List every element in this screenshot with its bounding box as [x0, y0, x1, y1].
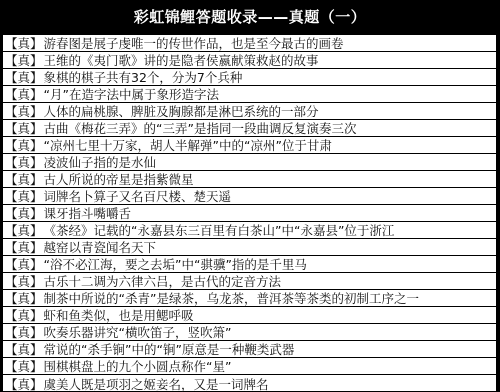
tag-label: 【真】	[5, 154, 43, 171]
tag-label: 【真】	[5, 86, 43, 103]
tag-label: 【真】	[5, 171, 43, 188]
table-row: 【真】古乐十二调为六律六吕，是古代的定音方法	[3, 273, 496, 290]
row-text: “浴不必江海，要之去垢”中“骐骥”指的是千里马	[44, 256, 307, 273]
table-row: 【真】游春图是展子虔唯一的传世作品，也是至今最古的画卷	[3, 35, 496, 52]
table-row: 【真】制茶中所说的“杀青”是绿茶，乌龙茶，普洱茶等茶类的初制工序之一	[3, 290, 496, 307]
row-text: 制茶中所说的“杀青”是绿茶，乌龙茶，普洱茶等茶类的初制工序之一	[44, 290, 419, 307]
page-title: 彩虹锦鲤答题收录——真题（一）	[0, 0, 500, 34]
row-text: 王维的《夷门歌》讲的是隐者侯嬴献策救赵的故事	[44, 52, 319, 69]
table-row: 【真】围棋棋盘上的九个小圆点称作“星”	[3, 358, 496, 375]
row-text: 古人所说的帝星是指紫微星	[44, 171, 194, 188]
table-row: 【真】虞美人既是项羽之姬妾名，又是一词牌名	[3, 375, 496, 392]
row-text: 虾和鱼类似，也是用鳃呼吸	[44, 307, 194, 324]
table-row: 【真】课牙指斗嘴嚼舌	[3, 205, 496, 222]
table-row: 【真】象棋的棋子共有32个，分为7个兵种	[3, 69, 496, 86]
tag-label: 【真】	[5, 239, 43, 256]
row-text: 象棋的棋子共有32个，分为7个兵种	[44, 69, 243, 86]
table-row: 【真】“月”在造字法中属于象形造字法	[3, 86, 496, 103]
tag-label: 【真】	[5, 35, 43, 52]
table-row: 【真】词牌名卜算子又名百尺楼、楚天遥	[3, 188, 496, 205]
answer-table: 【真】游春图是展子虔唯一的传世作品，也是至今最古的画卷 【真】王维的《夷门歌》讲…	[2, 34, 497, 392]
row-text: 越窑以青瓷闻名天下	[44, 239, 157, 256]
tag-label: 【真】	[5, 52, 43, 69]
tag-label: 【真】	[5, 120, 43, 137]
tag-label: 【真】	[5, 222, 43, 239]
tag-label: 【真】	[5, 188, 43, 205]
row-text: 凌波仙子指的是水仙	[44, 154, 157, 171]
row-text: 围棋棋盘上的九个小圆点称作“星”	[44, 358, 232, 375]
table-row: 【真】“浴不必江海，要之去垢”中“骐骥”指的是千里马	[3, 256, 496, 273]
table-row: 【真】凌波仙子指的是水仙	[3, 154, 496, 171]
tag-label: 【真】	[5, 324, 43, 341]
row-text: 古乐十二调为六律六吕，是古代的定音方法	[44, 273, 282, 290]
table-row: 【真】常说的“杀手锏”中的“锏”原意是一种鞭类武器	[3, 341, 496, 358]
tag-label: 【真】	[5, 205, 43, 222]
tag-label: 【真】	[5, 256, 43, 273]
table-row: 【真】虾和鱼类似，也是用鳃呼吸	[3, 307, 496, 324]
table-row: 【真】古曲《梅花三弄》的“三弄”是指同一段曲调反复演奏三次	[3, 120, 496, 137]
tag-label: 【真】	[5, 375, 43, 392]
table-row: 【真】人体的扁桃腺、脾脏及胸腺都是淋巴系统的一部分	[3, 103, 496, 120]
tag-label: 【真】	[5, 137, 43, 154]
tag-label: 【真】	[5, 341, 43, 358]
table-row: 【真】吹奏乐器讲究“横吹笛子，竖吹箫”	[3, 324, 496, 341]
tag-label: 【真】	[5, 358, 43, 375]
row-text: 古曲《梅花三弄》的“三弄”是指同一段曲调反复演奏三次	[44, 120, 357, 137]
row-text: “凉州七里十万家，胡人半解弹”中的“凉州”位于甘肃	[44, 137, 332, 154]
tag-label: 【真】	[5, 273, 43, 290]
row-text: 人体的扁桃腺、脾脏及胸腺都是淋巴系统的一部分	[44, 103, 319, 120]
tag-label: 【真】	[5, 69, 43, 86]
tag-label: 【真】	[5, 307, 43, 324]
row-text: 常说的“杀手锏”中的“锏”原意是一种鞭类武器	[44, 341, 295, 358]
row-text: 虞美人既是项羽之姬妾名，又是一词牌名	[44, 375, 269, 392]
table-row: 【真】王维的《夷门歌》讲的是隐者侯嬴献策救赵的故事	[3, 52, 496, 69]
tag-label: 【真】	[5, 103, 43, 120]
row-text: 课牙指斗嘴嚼舌	[44, 205, 132, 222]
row-text: 《茶经》记载的“永嘉县东三百里有白茶山”中“永嘉县”位于浙江	[44, 222, 395, 239]
table-row: 【真】越窑以青瓷闻名天下	[3, 239, 496, 256]
row-text: 吹奏乐器讲究“横吹笛子，竖吹箫”	[44, 324, 232, 341]
tag-label: 【真】	[5, 290, 43, 307]
table-row: 【真】古人所说的帝星是指紫微星	[3, 171, 496, 188]
row-text: 词牌名卜算子又名百尺楼、楚天遥	[44, 188, 232, 205]
table-row: 【真】《茶经》记载的“永嘉县东三百里有白茶山”中“永嘉县”位于浙江	[3, 222, 496, 239]
table-row: 【真】“凉州七里十万家，胡人半解弹”中的“凉州”位于甘肃	[3, 137, 496, 154]
row-text: “月”在造字法中属于象形造字法	[44, 86, 219, 103]
page: 彩虹锦鲤答题收录——真题（一） 【真】游春图是展子虔唯一的传世作品，也是至今最古…	[0, 0, 500, 392]
row-text: 游春图是展子虔唯一的传世作品，也是至今最古的画卷	[44, 35, 344, 52]
